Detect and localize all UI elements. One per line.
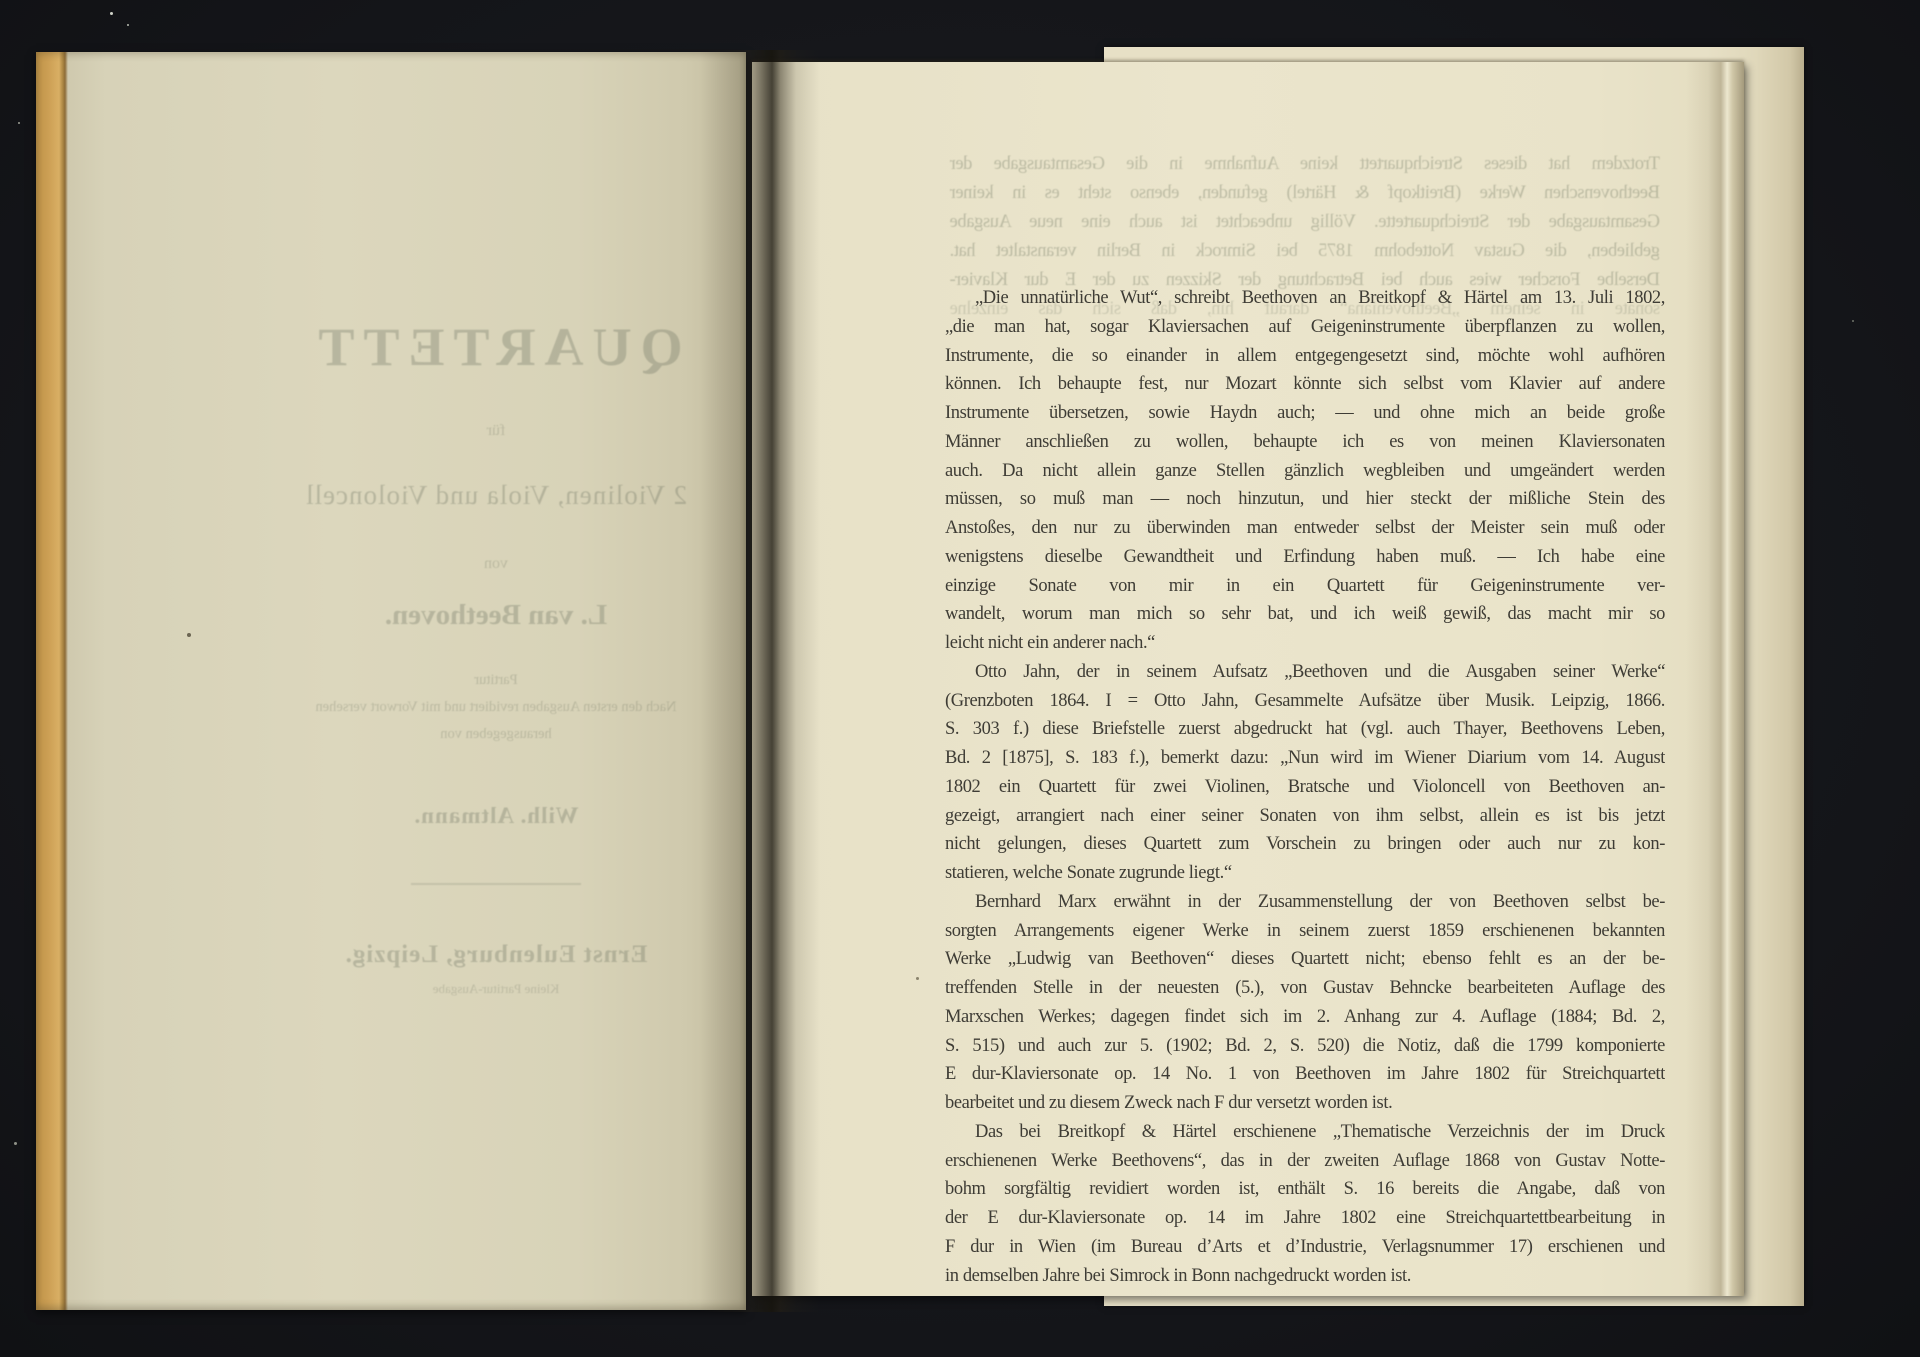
paper-blemish: [1303, 1182, 1305, 1184]
paper-blemish: [916, 977, 919, 980]
text-line: bohm sorgfältig revidiert worden ist, en…: [945, 1175, 1665, 1204]
bleedthrough-line: Beethovenschen Werke (Breitkopf & Härtel…: [950, 179, 1660, 208]
bleedthrough-line: geblieben, die Gustav Nottebohm 1875 bei…: [950, 237, 1660, 266]
text-line: sorgten Arrangements eigener Werke in se…: [945, 917, 1665, 946]
bleedthrough-title-page: QUARTETTfür2 Violinen, Viola und Violonc…: [186, 302, 806, 997]
bleedthrough-line: Kleine Partitur-Ausgabe: [186, 981, 806, 997]
book-scan: Trotzdem hat dieses Streichquartett kein…: [0, 0, 1920, 1357]
text-line: bearbeitet und zu diesem Zweck nach F du…: [945, 1089, 1665, 1118]
text-line: der E dur-Klaviersonate op. 14 im Jahre …: [945, 1204, 1665, 1233]
text-line: E dur-Klaviersonate op. 14 No. 1 von Bee…: [945, 1060, 1665, 1089]
bleedthrough-line: Gesamtausgabe der Streichquartette. Völl…: [950, 208, 1660, 237]
text-line: S. 303 f.) diese Briefstelle zuerst abge…: [945, 715, 1665, 744]
text-line: müssen, so muß man — noch hinzutun, und …: [945, 485, 1665, 514]
text-line: statieren, welche Sonate zugrunde liegt.…: [945, 859, 1665, 888]
text-line: Instrumente übersetzen, sowie Haydn auch…: [945, 399, 1665, 428]
text-line: nicht gelungen, dieses Quartett zum Vors…: [945, 830, 1665, 859]
text-line: in demselben Jahre bei Simrock in Bonn n…: [945, 1262, 1665, 1291]
bleedthrough-line: QUARTETT: [186, 316, 806, 378]
text-line: können. Ich behaupte fest, nur Mozart kö…: [945, 370, 1665, 399]
bleedthrough-line: von: [186, 555, 806, 573]
text-line: Marxschen Werkes; dagegen findet sich im…: [945, 1003, 1665, 1032]
text-line: (Grenzboten 1864. I = Otto Jahn, Gesamme…: [945, 687, 1665, 716]
text-line: Bd. 2 [1875], S. 183 f.), bemerkt dazu: …: [945, 744, 1665, 773]
bleedthrough-line: 2 Violinen, Viola und Violoncell: [186, 480, 806, 511]
text-line: auch. Da nicht allein ganze Stellen gänz…: [945, 457, 1665, 486]
bleedthrough-line: Trotzdem hat dieses Streichquartett kein…: [950, 150, 1660, 179]
text-line: Das bei Breitkopf & Härtel erschienene „…: [945, 1118, 1665, 1147]
text-line: „Die unnatürliche Wut“, schreibt Beethov…: [945, 284, 1665, 313]
text-line: wandelt, worum man mich so sehr bat, und…: [945, 600, 1665, 629]
bleedthrough-line: L. van Beethoven.: [186, 599, 806, 632]
left-page: QUARTETTfür2 Violinen, Viola und Violonc…: [36, 52, 746, 1310]
text-line: 1802 ein Quartett für zwei Violinen, Bra…: [945, 773, 1665, 802]
text-line: Bernhard Marx erwähnt in der Zusammenste…: [945, 888, 1665, 917]
text-line: treffenden Stelle in der neuesten (5.), …: [945, 974, 1665, 1003]
text-line: erschienenen Werke Beethovens“, das in d…: [945, 1147, 1665, 1176]
bleedthrough-line: herausgegeben von: [186, 726, 806, 743]
bleedthrough-line: Wilh. Altmann.: [186, 803, 806, 829]
right-page: Trotzdem hat dieses Streichquartett kein…: [752, 62, 1744, 1296]
text-line: Anstoßes, den nur zu überwinden man entw…: [945, 514, 1665, 543]
text-line: F dur in Wien (im Bureau d’Arts et d’Ind…: [945, 1233, 1665, 1262]
dust-speck: [18, 122, 20, 124]
dust-speck: [127, 24, 129, 26]
paper-blemish: [187, 633, 191, 637]
text-line: Instrumente, die so einander in allem en…: [945, 342, 1665, 371]
text-line: Otto Jahn, der in seinem Aufsatz „Beetho…: [945, 658, 1665, 687]
dust-speck: [14, 1142, 17, 1145]
dust-speck: [1852, 320, 1854, 322]
bleedthrough-line: Nach den ersten Ausgaben revidiert und m…: [186, 699, 806, 716]
page-fold-crease: [1686, 62, 1744, 1296]
text-line: Männer anschließen zu wollen, behaupte i…: [945, 428, 1665, 457]
text-line: Werke „Ludwig van Beethoven“ dieses Quar…: [945, 945, 1665, 974]
bleedthrough-line: für: [186, 422, 806, 440]
text-line: einzige Sonate von mir in ein Quartett f…: [945, 572, 1665, 601]
text-line: S. 515) und auch zur 5. (1902; Bd. 2, S.…: [945, 1032, 1665, 1061]
text-line: wenigstens dieselbe Gewandtheit und Erfi…: [945, 543, 1665, 572]
bleedthrough-line: Ernst Eulenburg, Leipzig.: [186, 941, 806, 969]
text-line: leicht nicht ein anderer nach.“: [945, 629, 1665, 658]
text-line: „die man hat, sogar Klaviersachen auf Ge…: [945, 313, 1665, 342]
main-text: „Die unnatürliche Wut“, schreibt Beethov…: [945, 284, 1665, 1290]
bleedthrough-rule: [411, 883, 581, 885]
text-line: gezeigt, arrangiert nach einer seiner So…: [945, 802, 1665, 831]
dust-speck: [110, 12, 113, 15]
bleedthrough-line: Partitur: [186, 672, 806, 689]
